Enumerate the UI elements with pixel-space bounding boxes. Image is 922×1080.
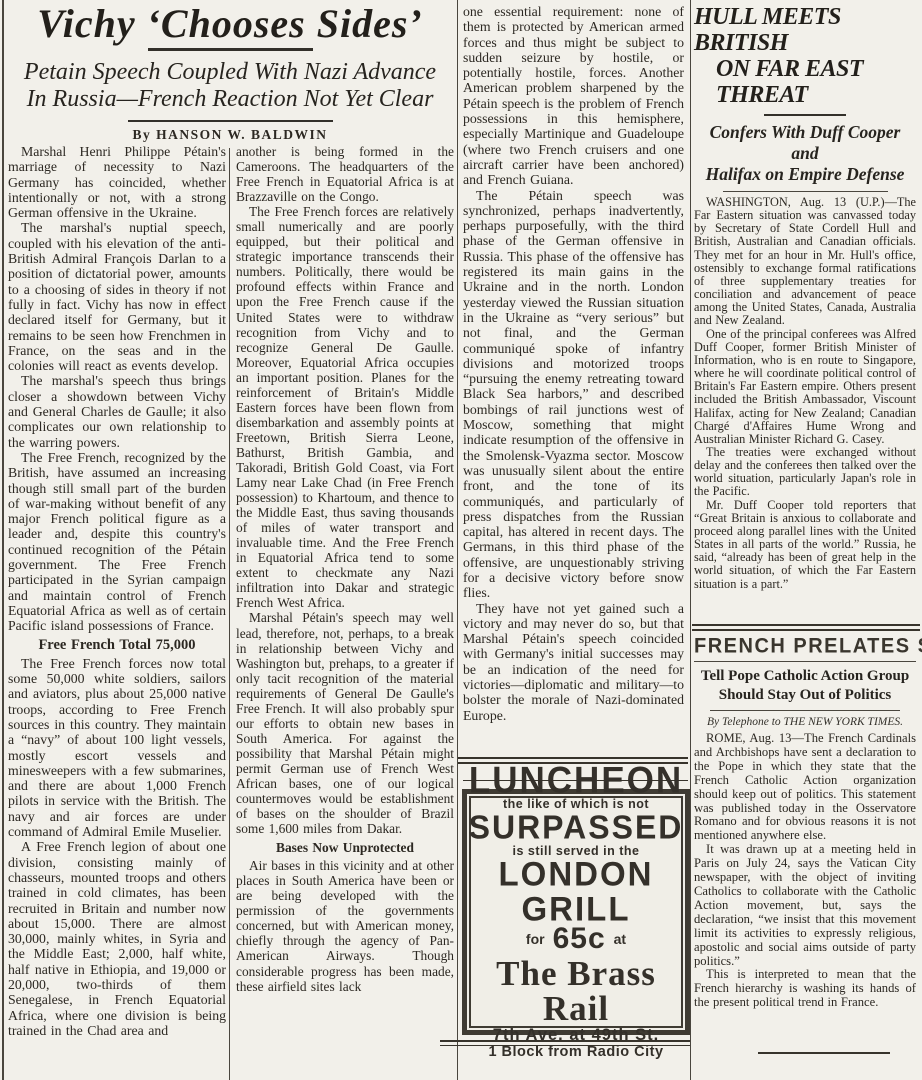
- paragraph: Marshal Henri Philippe Pétain's marriage…: [8, 144, 226, 220]
- bottom-divider-double-top: [440, 1040, 690, 1042]
- column-divider-2: [457, 0, 458, 1080]
- main-subheadline-line1: Petain Speech Coupled With Nazi Advance: [4, 59, 456, 86]
- paragraph: It was drawn up at a meeting held in Par…: [694, 843, 916, 968]
- paragraph: ROME, Aug. 13—The French Cardinals and A…: [694, 732, 916, 843]
- main-article-column-3: one essential requirement: none of them …: [463, 4, 684, 756]
- ad-headline-london-grill: LONDON GRILL: [471, 856, 681, 925]
- ad-headline-surpassed: SURPASSED: [469, 810, 684, 845]
- ad-at-word: at: [614, 931, 626, 947]
- hull-headline-line2: ON FAR EAST THREAT: [694, 56, 916, 108]
- paragraph: WASHINGTON, Aug. 13 (U.P.)—The Far Easte…: [694, 196, 916, 328]
- main-headline: Vichy ‘Chooses Sides’: [4, 2, 456, 46]
- prelates-subhead-line1: Tell Pope Catholic Action Group: [694, 667, 916, 686]
- prelates-article: FRENCH PRELATES SPEAK Tell Pope Catholic…: [694, 634, 916, 1054]
- subheadline-rule: [128, 120, 333, 122]
- prelates-headline-rule: [694, 661, 916, 662]
- paragraph: The Pétain speech was synchronized, perh…: [463, 188, 684, 601]
- right-divider-double-bottom: [692, 629, 920, 631]
- column-divider-1: [229, 148, 230, 1080]
- paragraph: Mr. Duff Cooper told reporters that “Gre…: [694, 499, 916, 591]
- newspaper-page: Vichy ‘Chooses Sides’ Petain Speech Coup…: [0, 0, 922, 1080]
- section-subhead: Bases Now Unprotected: [236, 840, 454, 855]
- main-article-header: Vichy ‘Chooses Sides’ Petain Speech Coup…: [4, 0, 456, 143]
- prelates-article-body: ROME, Aug. 13—The French Cardinals and A…: [694, 732, 916, 1044]
- prelates-subhead-line2: Should Stay Out of Politics: [694, 686, 916, 705]
- luncheon-ad: LUNCHEON the like of which is not SURPAS…: [462, 789, 690, 1035]
- prelates-byline: By Telephone to THE NEW YORK TIMES.: [694, 716, 916, 728]
- main-article-column-2: another is being formed in the Cameroons…: [236, 144, 454, 1078]
- hull-headline-rule: [764, 114, 846, 116]
- paragraph: Air bases in this vicinity and at other …: [236, 858, 454, 993]
- paragraph: A Free French legion of about one divisi…: [8, 839, 226, 1038]
- paragraph: The Free French, recognized by the Briti…: [8, 450, 226, 634]
- hull-subhead-line1: Confers With Duff Cooper and: [694, 122, 916, 164]
- paragraph: The marshal's speech thus brings closer …: [8, 373, 226, 449]
- ad-note: 1 Block from Radio City: [488, 1044, 663, 1060]
- paragraph: one essential requirement: none of them …: [463, 4, 684, 188]
- hull-headline-line1: HULL MEETS BRITISH: [694, 4, 841, 56]
- hull-headline: HULL MEETS BRITISH ON FAR EAST THREAT: [694, 4, 916, 108]
- ad-for-word: for: [526, 931, 545, 947]
- main-subheadline-line2: In Russia—French Reaction Not Yet Clear: [4, 86, 456, 113]
- paragraph: They have not yet gained such a victory …: [463, 601, 684, 723]
- right-divider-double-top: [692, 624, 920, 626]
- paragraph: another is being formed in the Cameroons…: [236, 144, 454, 204]
- paragraph: The Free French forces now total some 50…: [8, 656, 226, 840]
- hull-subhead-line2: Halifax on Empire Defense: [694, 164, 916, 185]
- ad-headline-luncheon: LUNCHEON: [469, 763, 683, 798]
- ad-content: LUNCHEON the like of which is not SURPAS…: [469, 796, 683, 1028]
- paragraph: This is interpreted to mean that the Fre…: [694, 968, 916, 1010]
- section-subhead: Free French Total 75,000: [8, 638, 226, 653]
- paragraph: The Free French forces are relatively sm…: [236, 204, 454, 610]
- prelates-headline: FRENCH PRELATES SPEAK: [694, 634, 916, 659]
- hull-subhead-rule: [723, 191, 888, 192]
- paragraph: Marshal Pétain's speech may well lead, t…: [236, 610, 454, 836]
- prelates-end-rule: [758, 1052, 890, 1054]
- ad-venue-name: The Brass Rail: [471, 956, 681, 1026]
- byline: By HANSON W. BALDWIN: [4, 127, 456, 143]
- bottom-divider-double-bottom: [440, 1045, 690, 1046]
- prelates-subhead-rule: [710, 710, 900, 711]
- headline-rule: [148, 48, 313, 51]
- ad-price: 65c: [553, 925, 606, 953]
- ad-price-row: for 65c at: [526, 925, 626, 953]
- hull-article-body: WASHINGTON, Aug. 13 (U.P.)—The Far Easte…: [694, 196, 916, 690]
- paragraph: The marshal's nuptial speech, coupled wi…: [8, 220, 226, 373]
- paragraph: The treaties were exchanged without dela…: [694, 446, 916, 499]
- main-article-column-1: Marshal Henri Philippe Pétain's marriage…: [8, 144, 226, 1078]
- divider-double-top: [458, 757, 688, 759]
- paragraph: One of the principal conferees was Alfre…: [694, 328, 916, 446]
- column-divider-3: [690, 0, 691, 1080]
- left-edge-rule: [2, 0, 4, 1080]
- hull-article: HULL MEETS BRITISH ON FAR EAST THREAT Co…: [694, 4, 916, 690]
